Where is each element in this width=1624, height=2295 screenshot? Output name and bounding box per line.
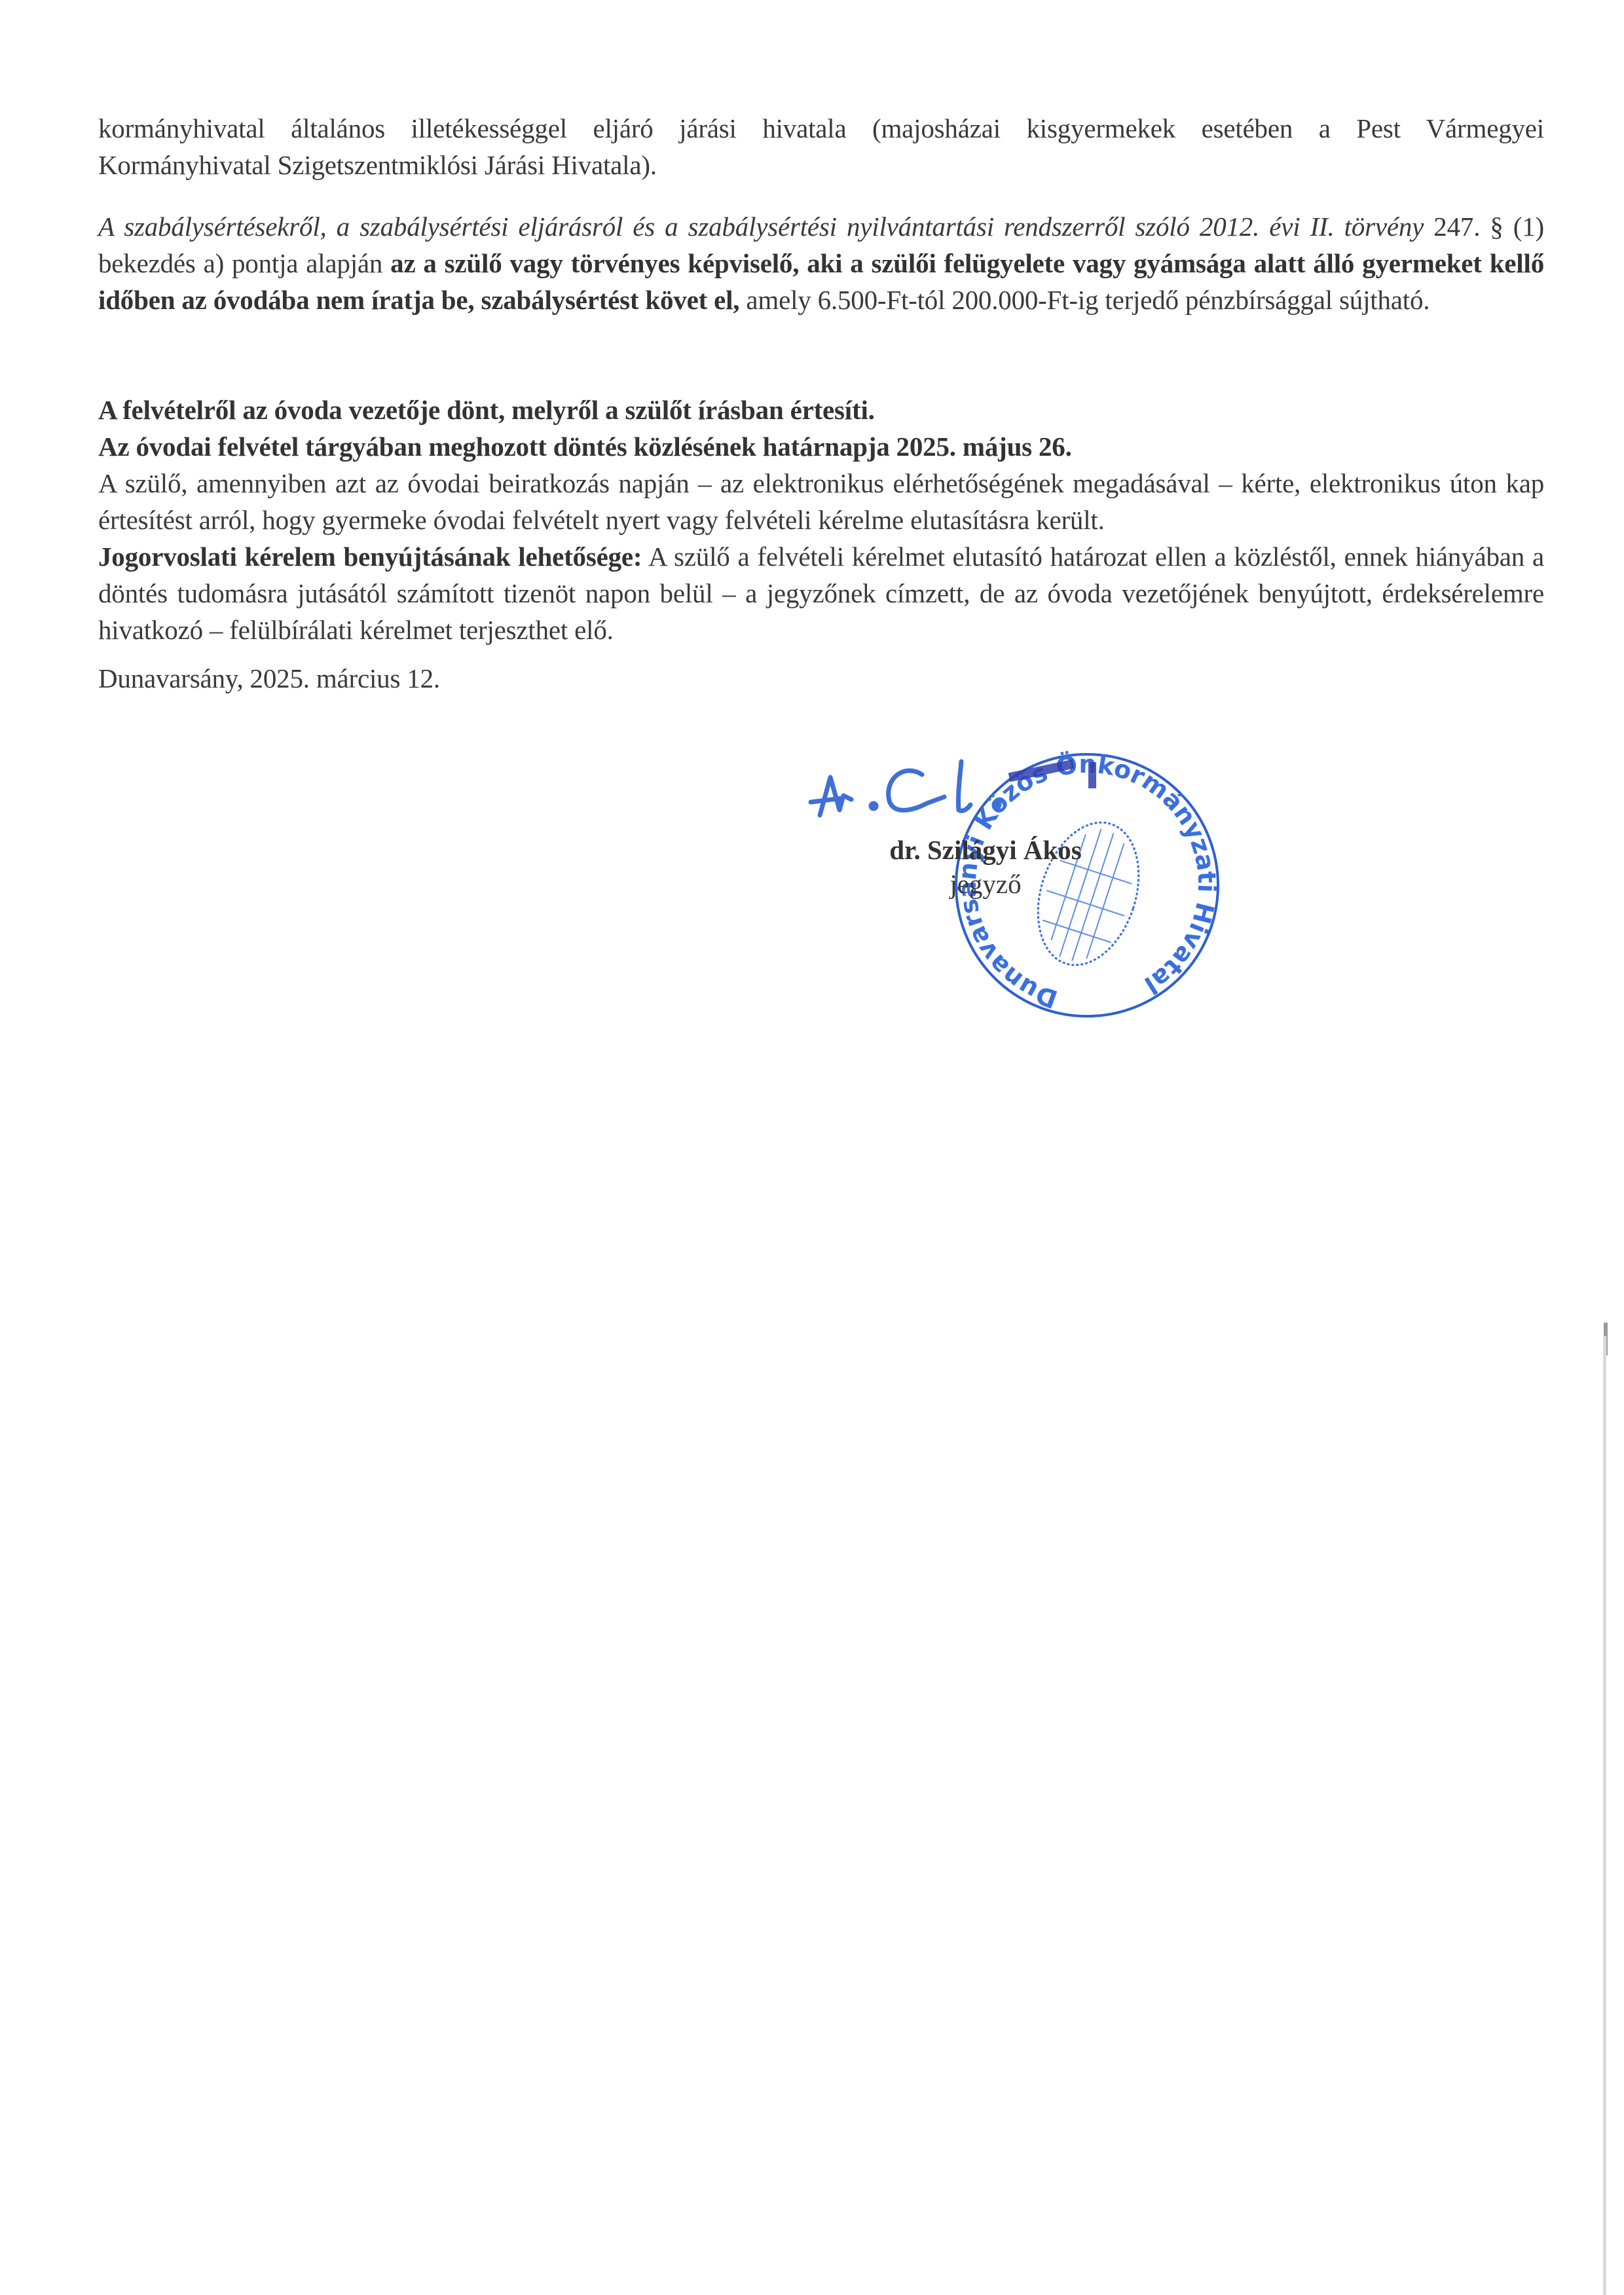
- paragraph-line: Kormányhivatal Szigetszentmiklósi Járási…: [98, 147, 1544, 183]
- scan-edge-line: [1603, 1336, 1606, 2295]
- document-page: kormányhivatal általános illetékességgel…: [0, 0, 1624, 2295]
- electronic-notice: A szülő, amennyiben azt az óvodai beirat…: [98, 465, 1544, 538]
- signatory-title: jegyző: [864, 867, 1107, 901]
- fine-range: amely 6.500-Ft-tól 200.000-Ft-ig terjedő…: [739, 285, 1430, 315]
- paragraph-admission: A felvételről az óvoda vezetője dönt, me…: [98, 392, 1544, 648]
- paragraph-offence: A szabálysértésekről, a szabálysértési e…: [98, 208, 1544, 318]
- paragraph-line: kormányhivatal általános illetékességgel…: [98, 110, 1544, 147]
- admission-decision: A felvételről az óvoda vezetője dönt, me…: [98, 392, 1544, 428]
- signatory-block: dr. Szilágyi Ákos jegyző: [864, 833, 1107, 901]
- decision-deadline: Az óvodai felvétel tárgyában meghozott d…: [98, 428, 1544, 465]
- remedy-label: Jogorvoslati kérelem benyújtásának lehet…: [98, 542, 642, 572]
- paragraph-authority: kormányhivatal általános illetékességgel…: [98, 110, 1544, 183]
- law-reference: A szabálysértésekről, a szabálysértési e…: [98, 211, 1424, 242]
- signatory-name: dr. Szilágyi Ákos: [864, 833, 1107, 867]
- place-date: Dunavarsány, 2025. március 12.: [98, 660, 1544, 697]
